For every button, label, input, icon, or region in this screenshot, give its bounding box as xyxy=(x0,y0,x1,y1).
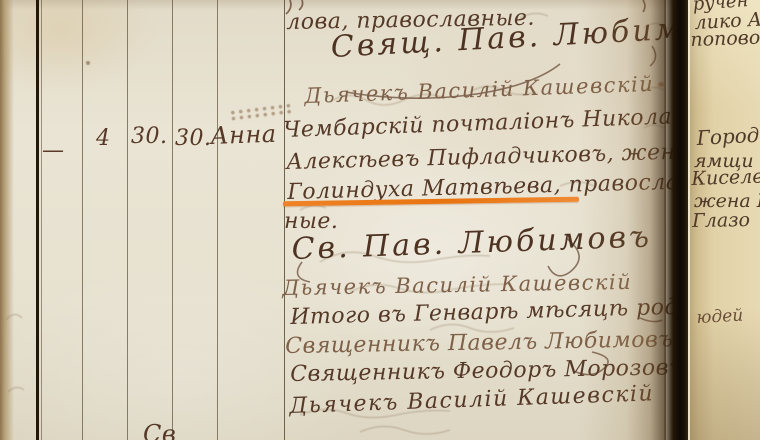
entry-name: Анна xyxy=(210,120,277,150)
book-gutter xyxy=(664,0,690,440)
left-page: — 4 30. 30. Анна лова, православные. Свя… xyxy=(0,0,690,440)
right-page-fragment: попово xyxy=(690,27,760,51)
column-rule xyxy=(41,0,42,440)
entry-male-number: 30. xyxy=(131,124,168,149)
entry-female-number: 30. xyxy=(175,126,212,151)
register-book-photo: — 4 30. 30. Анна лова, православные. Свя… xyxy=(0,0,760,440)
column-rule xyxy=(82,0,83,440)
right-page-fragment: Городо xyxy=(696,122,760,150)
page-curl-shadow xyxy=(578,0,666,440)
column-rule xyxy=(127,0,128,440)
right-page-fragment: юдей xyxy=(696,306,744,328)
right-page-fragment: Глазо xyxy=(692,209,750,232)
right-page-edge-highlight xyxy=(688,0,690,440)
right-page: ручен лико А попово Городо ямщи Киселе ж… xyxy=(688,0,760,440)
page-left-edge-shadow xyxy=(0,0,14,440)
column-rule-thick xyxy=(36,0,39,440)
partial-handwriting-bottom: Св xyxy=(143,420,176,440)
right-page-fragment: Киселе xyxy=(691,165,760,190)
entry-day-number: 4 xyxy=(96,126,111,151)
entry-dash: — xyxy=(42,138,65,163)
column-rule xyxy=(172,0,173,440)
column-rule xyxy=(217,0,218,440)
ink-speck xyxy=(86,61,90,65)
